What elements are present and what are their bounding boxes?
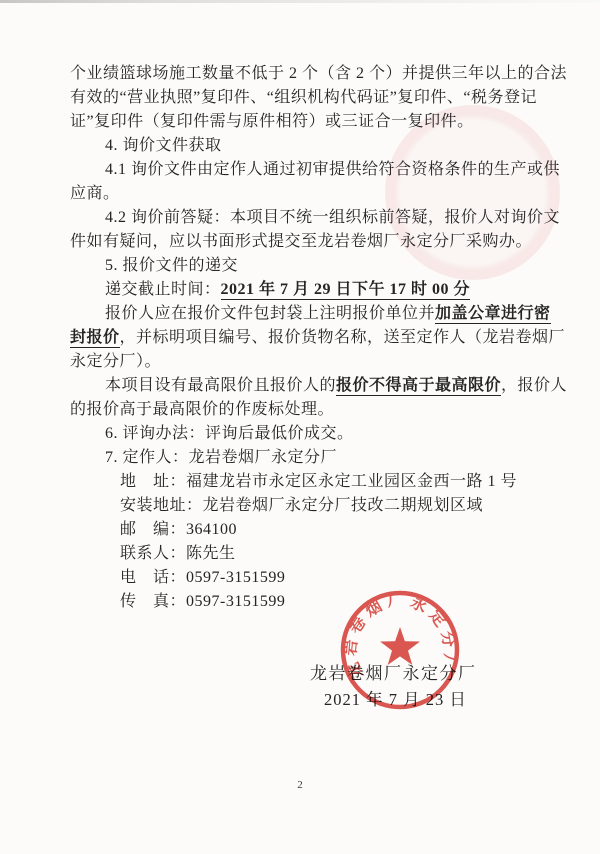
document-line: 的报价高于最高限价的作废标处理。 [70, 398, 544, 422]
document-line: 报价人应在报价文件包封袋上注明报价单位并加盖公章进行密 [70, 302, 544, 326]
emphasized-text-run: 加盖公章进行密 [435, 305, 551, 324]
document-line: 电 话：0597-3151599 [70, 566, 544, 590]
document-line: 4.2 询价前答疑：本项目不统一组织标前答疑，报价人对询价文 [70, 206, 544, 230]
page-number: 2 [0, 779, 600, 791]
text-run: 传 真：0597-3151599 [120, 593, 285, 610]
text-run: 邮 编：364100 [120, 521, 237, 538]
text-run: 6. 评询办法：评询后最低价成交。 [105, 425, 354, 442]
text-run: 的报价高于最高限价的作废标处理。 [70, 401, 334, 418]
document-line: 个业绩篮球场施工数量不低于 2 个（含 2 个）并提供三年以上的合法 [70, 62, 544, 86]
document-line: 7. 定作人：龙岩卷烟厂永定分厂 [70, 446, 544, 470]
text-run: ，并标明项目编号、报价货物名称，送至定作人（龙岩卷烟厂 [120, 329, 566, 346]
document-line: 4. 询价文件获取 [70, 134, 544, 158]
document-line: 安装地址：龙岩卷烟厂永定分厂技改二期规划区域 [70, 494, 544, 518]
document-line: 传 真：0597-3151599 [70, 590, 544, 614]
text-run: 件如有疑问，应以书面形式提交至龙岩卷烟厂永定分厂采购办。 [70, 233, 532, 250]
document-body: 个业绩篮球场施工数量不低于 2 个（含 2 个）并提供三年以上的合法有效的“营业… [70, 62, 544, 614]
document-line: 地 址：福建龙岩市永定区永定工业园区金西一路 1 号 [70, 470, 544, 494]
document-line: 应商。 [70, 182, 544, 206]
text-run: 报价人应在报价文件包封袋上注明报价单位并 [105, 305, 435, 322]
text-run: 4.2 询价前答疑：本项目不统一组织标前答疑，报价人对询价文 [105, 209, 560, 226]
document-line: 4.1 询价文件由定作人通过初审提供给符合资格条件的生产或供 [70, 158, 544, 182]
document-line: 封报价，并标明项目编号、报价货物名称，送至定作人（龙岩卷烟厂 [70, 326, 544, 350]
emphasized-text-run: 封报价 [70, 329, 120, 348]
document-line: 6. 评询办法：评询后最低价成交。 [70, 422, 544, 446]
text-run: 4. 询价文件获取 [105, 137, 222, 154]
document-line: 有效的“营业执照”复印件、“组织机构代码证”复印件、“税务登记 [70, 86, 544, 110]
signature-date: 2021 年 7 月 23 日 [324, 689, 467, 711]
text-run: 联系人：陈先生 [120, 545, 236, 562]
text-run: 本项目设有最高限价且报价人的 [105, 377, 336, 394]
text-run: 电 话：0597-3151599 [120, 569, 285, 586]
text-run: 有效的“营业执照”复印件、“组织机构代码证”复印件、“税务登记 [70, 89, 537, 106]
text-run: 个业绩篮球场施工数量不低于 2 个（含 2 个）并提供三年以上的合法 [70, 65, 567, 82]
scanned-document-page: 个业绩篮球场施工数量不低于 2 个（含 2 个）并提供三年以上的合法有效的“营业… [0, 0, 600, 854]
text-run: 4.1 询价文件由定作人通过初审提供给符合资格条件的生产或供 [105, 161, 560, 178]
document-line: 邮 编：364100 [70, 518, 544, 542]
text-run: 地 址：福建龙岩市永定区永定工业园区金西一路 1 号 [120, 473, 517, 490]
document-line: 5. 报价文件的递交 [70, 254, 544, 278]
document-line: 永定分厂）。 [70, 350, 544, 374]
emphasized-text-run: 2021 年 7 月 29 日下午 17 时 00 分 [221, 281, 471, 300]
document-line: 证”复印件（复印件需与原件相符）或三证合一复印件。 [70, 110, 544, 134]
text-run: 应商。 [70, 185, 120, 202]
text-run: ，报价人 [501, 377, 567, 394]
text-run: 递交截止时间： [105, 281, 221, 298]
text-run: 7. 定作人：龙岩卷烟厂永定分厂 [105, 449, 337, 466]
text-run: 安装地址：龙岩卷烟厂永定分厂技改二期规划区域 [120, 497, 483, 514]
emphasized-text-run: 报价不得高于最高限价 [336, 377, 501, 396]
document-line: 联系人：陈先生 [70, 542, 544, 566]
seal-star-icon [380, 627, 420, 665]
signature-company-name: 龙岩卷烟厂永定分厂 [310, 663, 477, 685]
text-run: 证”复印件（复印件需与原件相符）或三证合一复印件。 [70, 113, 474, 130]
scan-edge-artifact [0, 0, 600, 3]
document-line: 递交截止时间：2021 年 7 月 29 日下午 17 时 00 分 [70, 278, 544, 302]
document-line: 本项目设有最高限价且报价人的报价不得高于最高限价，报价人 [70, 374, 544, 398]
text-run: 5. 报价文件的递交 [105, 257, 238, 274]
document-line: 件如有疑问，应以书面形式提交至龙岩卷烟厂永定分厂采购办。 [70, 230, 544, 254]
text-run: 永定分厂）。 [70, 353, 161, 370]
